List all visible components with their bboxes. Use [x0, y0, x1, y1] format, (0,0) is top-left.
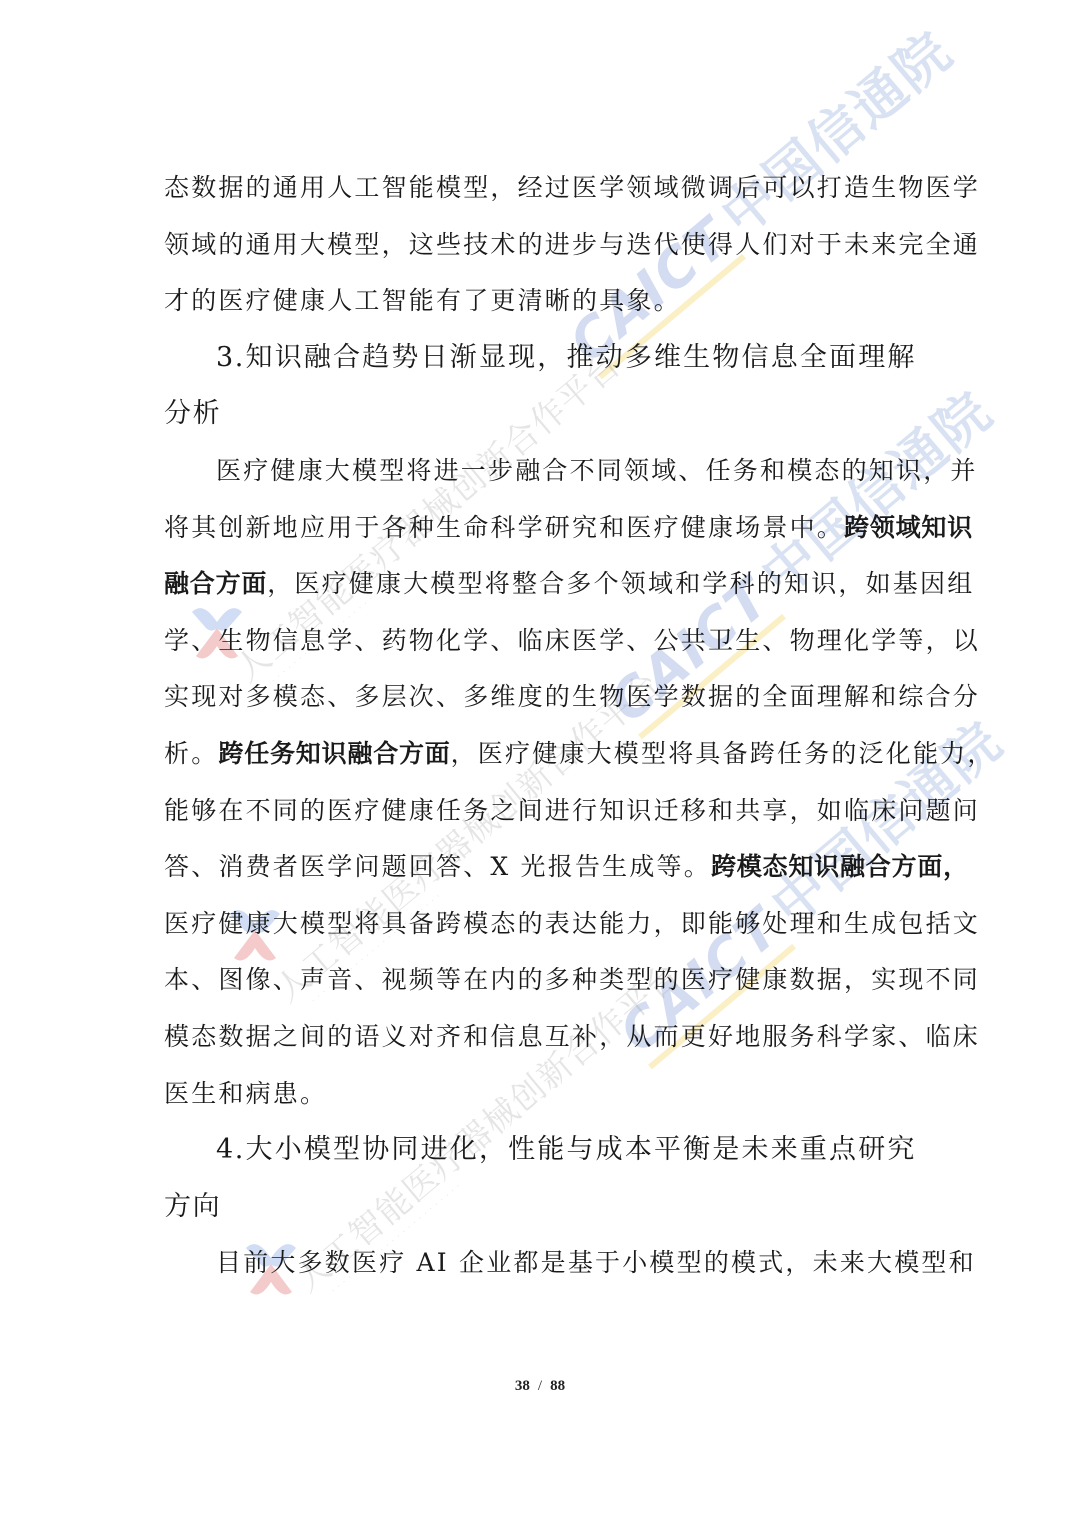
text-span: 将其创新地应用于各种生命科学研究和医疗健康场景中。 [164, 513, 844, 542]
text-line: 能够在不同的医疗健康任务之间进行知识迁移和共享，如临床问题问 [164, 783, 916, 840]
text-line: 医生和病患。 [164, 1066, 916, 1123]
text-line: 才的医疗健康人工智能有了更清晰的具象。 [164, 273, 916, 330]
heading-line: 4.大小模型协同进化，性能与成本平衡是未来重点研究 [164, 1122, 916, 1179]
section-3-heading: 3.知识融合趋势日渐显现，推动多维生物信息全面理解 分析 [164, 330, 916, 443]
text-line: 答、消费者医学问题回答、X 光报告生成等。跨模态知识融合方面， [164, 839, 916, 896]
section-4-heading: 4.大小模型协同进化，性能与成本平衡是未来重点研究 方向 [164, 1122, 916, 1235]
text-span: ，医疗健康大模型将整合多个领域和学科的知识，如基因组 [267, 569, 974, 598]
text-span: 答、消费者医学问题回答、X 光报告生成等。 [164, 852, 711, 881]
heading-line: 方向 [164, 1179, 916, 1236]
text-span: 析。 [164, 739, 218, 768]
heading-line: 3.知识融合趋势日渐显现，推动多维生物信息全面理解 [164, 330, 916, 387]
keyword-cross-modal: 跨模态知识融合方面， [711, 852, 969, 881]
paragraph-continued: 态数据的通用人工智能模型，经过医学领域微调后可以打造生物医学 领域的通用大模型，… [164, 160, 916, 330]
current-page: 38 [515, 1378, 530, 1394]
total-pages: 88 [550, 1378, 565, 1394]
page-number: 38/88 [0, 1378, 1080, 1395]
keyword-cross-domain-cont: 融合方面 [164, 569, 267, 598]
text-span: ，医疗健康大模型将具备跨任务的泛化能力， [451, 739, 995, 768]
text-line: 医疗健康大模型将进一步融合不同领域、任务和模态的知识，并 [164, 443, 916, 500]
keyword-cross-task: 跨任务知识融合方面 [218, 739, 450, 768]
text-line: 医疗健康大模型将具备跨模态的表达能力，即能够处理和生成包括文 [164, 896, 916, 953]
keyword-cross-domain: 跨领域知识 [844, 513, 973, 542]
text-line: 模态数据之间的语义对齐和信息互补，从而更好地服务科学家、临床 [164, 1009, 916, 1066]
text-line: 学、生物信息学、药物化学、临床医学、公共卫生、物理化学等，以 [164, 613, 916, 670]
section-3-paragraph: 医疗健康大模型将进一步融合不同领域、任务和模态的知识，并 将其创新地应用于各种生… [164, 443, 916, 1122]
text-line: 融合方面，医疗健康大模型将整合多个领域和学科的知识，如基因组 [164, 556, 916, 613]
text-line: 实现对多模态、多层次、多维度的生物医学数据的全面理解和综合分 [164, 669, 916, 726]
text-line: 将其创新地应用于各种生命科学研究和医疗健康场景中。跨领域知识 [164, 500, 916, 557]
heading-line: 分析 [164, 386, 916, 443]
text-line: 领域的通用大模型，这些技术的进步与迭代使得人们对于未来完全通 [164, 217, 916, 274]
page-separator: / [538, 1378, 542, 1394]
text-line: 目前大多数医疗 AI 企业都是基于小模型的模式，未来大模型和 [164, 1235, 916, 1292]
text-line: 态数据的通用人工智能模型，经过医学领域微调后可以打造生物医学 [164, 160, 916, 217]
section-4-paragraph: 目前大多数医疗 AI 企业都是基于小模型的模式，未来大模型和 [164, 1235, 916, 1292]
text-line: 本、图像、声音、视频等在内的多种类型的医疗健康数据，实现不同 [164, 952, 916, 1009]
document-body: 态数据的通用人工智能模型，经过医学领域微调后可以打造生物医学 领域的通用大模型，… [164, 160, 916, 1292]
text-line: 析。跨任务知识融合方面，医疗健康大模型将具备跨任务的泛化能力， [164, 726, 916, 783]
document-page: CAICT中国信通院 CAICT中国信通院 CAICT中国信通院 人工智能医疗器… [0, 0, 1080, 1528]
